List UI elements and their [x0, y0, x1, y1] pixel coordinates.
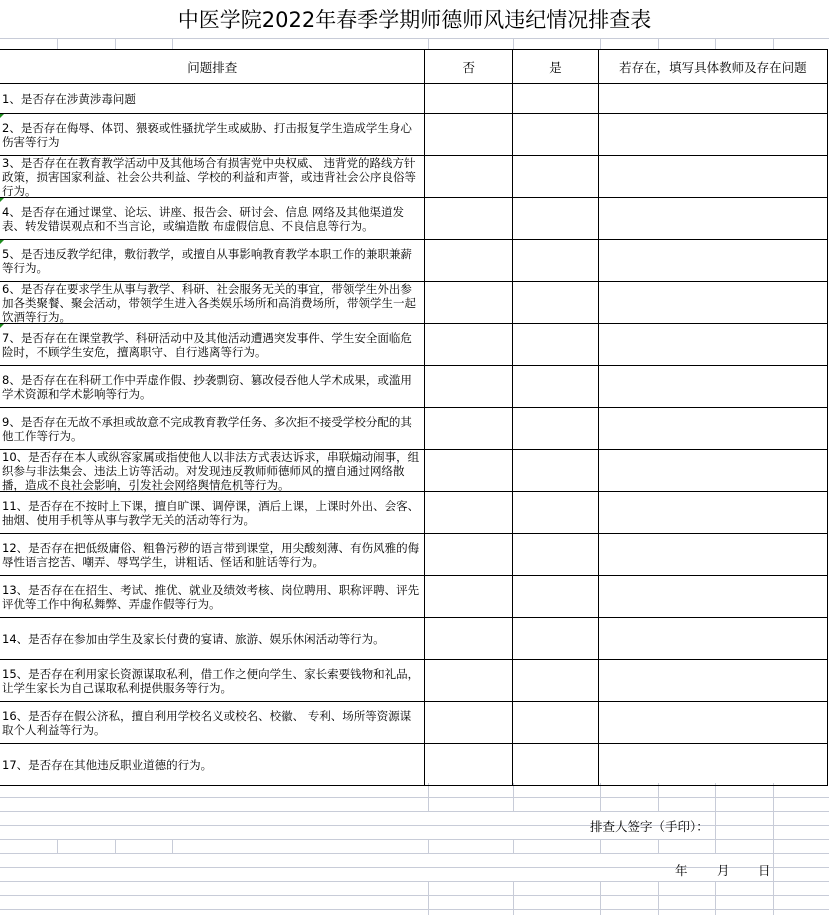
question-cell[interactable]: 9、是否存在无故不承担或故意不完成教育教学任务、多次拒不接受学校分配的其他工作等…	[0, 408, 425, 450]
gridline	[115, 839, 116, 853]
question-cell[interactable]: 11、是否存在不按时上下课，擅自旷课、调停课，酒后上课，上课时外出、会客、抽烟、…	[0, 492, 425, 534]
gridline	[658, 881, 659, 915]
date-year-label: 年	[675, 861, 688, 879]
details-cell[interactable]	[598, 282, 827, 324]
no-cell[interactable]	[425, 408, 513, 450]
inspection-table: 问题排查 否 是 若存在，填写具体教师及存在问题 1、是否存在涉黄涉毒问题2、是…	[0, 49, 828, 786]
table-row: 10、是否存在本人或纵容家属或指使他人以非法方式表达诉求，串联煽动闹事，组织参与…	[0, 450, 828, 492]
details-cell[interactable]	[598, 492, 827, 534]
details-cell[interactable]	[598, 618, 827, 660]
table-row: 9、是否存在无故不承担或故意不完成教育教学任务、多次拒不接受学校分配的其他工作等…	[0, 408, 828, 450]
gridline	[0, 839, 829, 840]
details-cell[interactable]	[598, 114, 827, 156]
signature-label: 排查人签字（手印）：	[590, 817, 709, 835]
table-row: 5、是否违反教学纪律，敷衍教学，或擅自从事影响教育教学本职工作的兼职兼薪等行为。	[0, 240, 828, 282]
no-cell[interactable]	[425, 198, 513, 240]
question-text: 17、是否存在其他违反职业道德的行为。	[2, 758, 420, 772]
gridline	[0, 867, 829, 868]
question-cell[interactable]: 5、是否违反教学纪律，敷衍教学，或擅自从事影响教育教学本职工作的兼职兼薪等行为。	[0, 240, 425, 282]
comment-marker-icon[interactable]	[0, 198, 4, 202]
gridline	[0, 909, 829, 910]
question-text: 5、是否违反教学纪律，敷衍教学，或擅自从事影响教育教学本职工作的兼职兼薪等行为。	[2, 247, 420, 275]
question-text: 13、是否存在在招生、考试、推优、就业及绩效考核、岗位聘用、职称评聘、评先评优等…	[2, 583, 420, 611]
yes-cell[interactable]	[513, 282, 599, 324]
gridline	[0, 797, 829, 798]
question-cell[interactable]: 4、是否存在通过课堂、论坛、讲座、报告会、研讨会、信息 网络及其他渠道发表、转发…	[0, 198, 425, 240]
no-cell[interactable]	[425, 114, 513, 156]
comment-marker-icon[interactable]	[0, 324, 4, 328]
question-text: 2、是否存在侮辱、体罚、猥亵或性骚扰学生或威胁、打击报复学生造成学生身心伤害等行…	[2, 121, 420, 149]
no-cell[interactable]	[425, 660, 513, 702]
date-day-label: 日	[758, 861, 771, 879]
question-cell[interactable]: 3、是否存在在教育教学活动中及其他场合有损害党中央权威、 违背党的路线方针政策，…	[0, 156, 425, 198]
question-cell[interactable]: 15、是否存在利用家长资源谋取私利，借工作之便向学生、家长索要钱物和礼品，让学生…	[0, 660, 425, 702]
comment-marker-icon[interactable]	[0, 240, 4, 244]
question-cell[interactable]: 6、是否存在要求学生从事与教学、科研、社会服务无关的事宜，带领学生外出参加各类聚…	[0, 282, 425, 324]
yes-cell[interactable]	[513, 702, 599, 744]
question-cell[interactable]: 1、是否存在涉黄涉毒问题	[0, 84, 425, 114]
question-cell[interactable]: 16、是否存在假公济私，擅自利用学校名义或校名、校徽、 专利、场所等资源谋取个人…	[0, 702, 425, 744]
gridline	[428, 783, 429, 811]
question-cell[interactable]: 2、是否存在侮辱、体罚、猥亵或性骚扰学生或威胁、打击报复学生造成学生身心伤害等行…	[0, 114, 425, 156]
gridline	[600, 38, 601, 49]
gridline	[0, 811, 829, 812]
yes-cell[interactable]	[513, 198, 599, 240]
no-cell[interactable]	[425, 450, 513, 492]
gridline	[513, 38, 514, 49]
question-text: 11、是否存在不按时上下课，擅自旷课、调停课，酒后上课，上课时外出、会客、抽烟、…	[2, 499, 420, 527]
details-cell[interactable]	[598, 660, 827, 702]
gridline	[715, 839, 716, 853]
details-cell[interactable]	[598, 84, 827, 114]
question-text: 16、是否存在假公济私，擅自利用学校名义或校名、校徽、 专利、场所等资源谋取个人…	[2, 709, 420, 737]
table-row: 3、是否存在在教育教学活动中及其他场合有损害党中央权威、 违背党的路线方针政策，…	[0, 156, 828, 198]
question-cell[interactable]: 14、是否存在参加由学生及家长付费的宴请、旅游、娱乐休闲活动等行为。	[0, 618, 425, 660]
details-cell[interactable]	[598, 450, 827, 492]
details-cell[interactable]	[598, 324, 827, 366]
yes-cell[interactable]	[513, 240, 599, 282]
table-header-row: 问题排查 否 是 若存在，填写具体教师及存在问题	[0, 50, 828, 84]
details-cell[interactable]	[598, 198, 827, 240]
question-text: 14、是否存在参加由学生及家长付费的宴请、旅游、娱乐休闲活动等行为。	[2, 632, 420, 646]
question-text: 15、是否存在利用家长资源谋取私利，借工作之便向学生、家长索要钱物和礼品，让学生…	[2, 667, 420, 695]
table-row: 6、是否存在要求学生从事与教学、科研、社会服务无关的事宜，带领学生外出参加各类聚…	[0, 282, 828, 324]
page-title: 中医学院2022年春季学期师德师风违纪情况排查表	[0, 0, 829, 38]
table-row: 13、是否存在在招生、考试、推优、就业及绩效考核、岗位聘用、职称评聘、评先评优等…	[0, 576, 828, 618]
question-cell[interactable]: 7、是否存在在课堂教学、科研活动中及其他活动遭遇突发事件、学生安全面临危险时，不…	[0, 324, 425, 366]
table-row: 7、是否存在在课堂教学、科研活动中及其他活动遭遇突发事件、学生安全面临危险时，不…	[0, 324, 828, 366]
gridline	[428, 839, 429, 853]
yes-cell[interactable]	[513, 492, 599, 534]
details-cell[interactable]	[598, 156, 827, 198]
question-cell[interactable]: 13、是否存在在招生、考试、推优、就业及绩效考核、岗位聘用、职称评聘、评先评优等…	[0, 576, 425, 618]
no-cell[interactable]	[425, 240, 513, 282]
yes-cell[interactable]	[513, 324, 599, 366]
details-cell[interactable]	[598, 408, 827, 450]
question-text: 3、是否存在在教育教学活动中及其他场合有损害党中央权威、 违背党的路线方针政策，…	[2, 156, 420, 197]
gridline	[513, 881, 514, 915]
table-row: 15、是否存在利用家长资源谋取私利，借工作之便向学生、家长索要钱物和礼品，让学生…	[0, 660, 828, 702]
gridline	[715, 811, 716, 839]
table-row: 4、是否存在通过课堂、论坛、讲座、报告会、研讨会、信息 网络及其他渠道发表、转发…	[0, 198, 828, 240]
yes-cell[interactable]	[513, 84, 599, 114]
gridline	[57, 839, 58, 853]
gridline	[172, 839, 173, 853]
yes-cell[interactable]	[513, 576, 599, 618]
yes-cell[interactable]	[513, 618, 599, 660]
yes-cell[interactable]	[513, 366, 599, 408]
gridline	[600, 839, 601, 853]
table-row: 8、是否存在在科研工作中弄虚作假、抄袭剽窃、篡改侵吞他人学术成果，或滥用学术资源…	[0, 366, 828, 408]
gridline	[773, 811, 774, 881]
comment-marker-icon[interactable]	[0, 114, 4, 118]
question-text: 10、是否存在本人或纵容家属或指使他人以非法方式表达诉求，串联煽动闹事，组织参与…	[2, 450, 420, 491]
table-row: 12、是否存在把低级庸俗、粗鲁污秽的语言带到课堂，用尖酸刻薄、有伤风雅的侮辱性语…	[0, 534, 828, 576]
question-cell[interactable]: 17、是否存在其他违反职业道德的行为。	[0, 744, 425, 786]
gridline	[57, 38, 58, 49]
gridline	[658, 38, 659, 49]
table-row: 16、是否存在假公济私，擅自利用学校名义或校名、校徽、 专利、场所等资源谋取个人…	[0, 702, 828, 744]
question-text: 6、是否存在要求学生从事与教学、科研、社会服务无关的事宜，带领学生外出参加各类聚…	[2, 282, 420, 323]
details-cell[interactable]	[598, 366, 827, 408]
yes-cell[interactable]	[513, 156, 599, 198]
details-cell[interactable]	[598, 744, 827, 786]
no-cell[interactable]	[425, 324, 513, 366]
table-row: 17、是否存在其他违反职业道德的行为。	[0, 744, 828, 786]
details-cell[interactable]	[598, 576, 827, 618]
yes-cell[interactable]	[513, 534, 599, 576]
question-text: 8、是否存在在科研工作中弄虚作假、抄袭剽窃、篡改侵吞他人学术成果，或滥用学术资源…	[2, 373, 420, 401]
no-cell[interactable]	[425, 84, 513, 114]
gridline	[715, 783, 716, 811]
no-cell[interactable]	[425, 156, 513, 198]
details-cell[interactable]	[598, 534, 827, 576]
question-text: 1、是否存在涉黄涉毒问题	[2, 92, 420, 106]
date-month-label: 月	[717, 861, 730, 879]
header-details: 若存在，填写具体教师及存在问题	[598, 50, 827, 84]
gridline	[773, 38, 774, 49]
gridline	[773, 783, 774, 811]
no-cell[interactable]	[425, 366, 513, 408]
gridline	[715, 38, 716, 49]
question-text: 4、是否存在通过课堂、论坛、讲座、报告会、研讨会、信息 网络及其他渠道发表、转发…	[2, 205, 420, 233]
details-cell[interactable]	[598, 702, 827, 744]
gridline	[513, 839, 514, 853]
gridline	[773, 881, 774, 915]
question-text: 9、是否存在无故不承担或故意不完成教育教学任务、多次拒不接受学校分配的其他工作等…	[2, 415, 420, 443]
question-text: 12、是否存在把低级庸俗、粗鲁污秽的语言带到课堂，用尖酸刻薄、有伤风雅的侮辱性语…	[2, 541, 420, 569]
yes-cell[interactable]	[513, 660, 599, 702]
question-cell[interactable]: 8、是否存在在科研工作中弄虚作假、抄袭剽窃、篡改侵吞他人学术成果，或滥用学术资源…	[0, 366, 425, 408]
gridline	[513, 783, 514, 811]
header-question: 问题排查	[0, 50, 425, 84]
no-cell[interactable]	[425, 618, 513, 660]
question-text: 7、是否存在在课堂教学、科研活动中及其他活动遭遇突发事件、学生安全面临危险时，不…	[2, 331, 420, 359]
table-row: 14、是否存在参加由学生及家长付费的宴请、旅游、娱乐休闲活动等行为。	[0, 618, 828, 660]
no-cell[interactable]	[425, 744, 513, 786]
no-cell[interactable]	[425, 534, 513, 576]
table-row: 11、是否存在不按时上下课，擅自旷课、调停课，酒后上课，上课时外出、会客、抽烟、…	[0, 492, 828, 534]
no-cell[interactable]	[425, 576, 513, 618]
gridline	[0, 881, 829, 882]
gridline	[428, 881, 429, 915]
yes-cell[interactable]	[513, 744, 599, 786]
header-yes: 是	[513, 50, 599, 84]
gridline	[428, 38, 429, 49]
question-cell[interactable]: 10、是否存在本人或纵容家属或指使他人以非法方式表达诉求，串联煽动闹事，组织参与…	[0, 450, 425, 492]
gridline	[172, 38, 173, 49]
header-no: 否	[425, 50, 513, 84]
gridline	[658, 783, 659, 811]
yes-cell[interactable]	[513, 450, 599, 492]
table-row: 1、是否存在涉黄涉毒问题	[0, 84, 828, 114]
gridline	[0, 895, 829, 896]
yes-cell[interactable]	[513, 408, 599, 450]
no-cell[interactable]	[425, 702, 513, 744]
no-cell[interactable]	[425, 492, 513, 534]
gridline	[0, 38, 829, 39]
details-cell[interactable]	[598, 240, 827, 282]
gridline	[115, 38, 116, 49]
gridline	[658, 839, 659, 853]
table-row: 2、是否存在侮辱、体罚、猥亵或性骚扰学生或威胁、打击报复学生造成学生身心伤害等行…	[0, 114, 828, 156]
gridline	[715, 881, 716, 915]
yes-cell[interactable]	[513, 114, 599, 156]
gridline	[600, 881, 601, 915]
question-cell[interactable]: 12、是否存在把低级庸俗、粗鲁污秽的语言带到课堂，用尖酸刻薄、有伤风雅的侮辱性语…	[0, 534, 425, 576]
gridline	[0, 853, 829, 854]
gridline	[600, 783, 601, 811]
no-cell[interactable]	[425, 282, 513, 324]
